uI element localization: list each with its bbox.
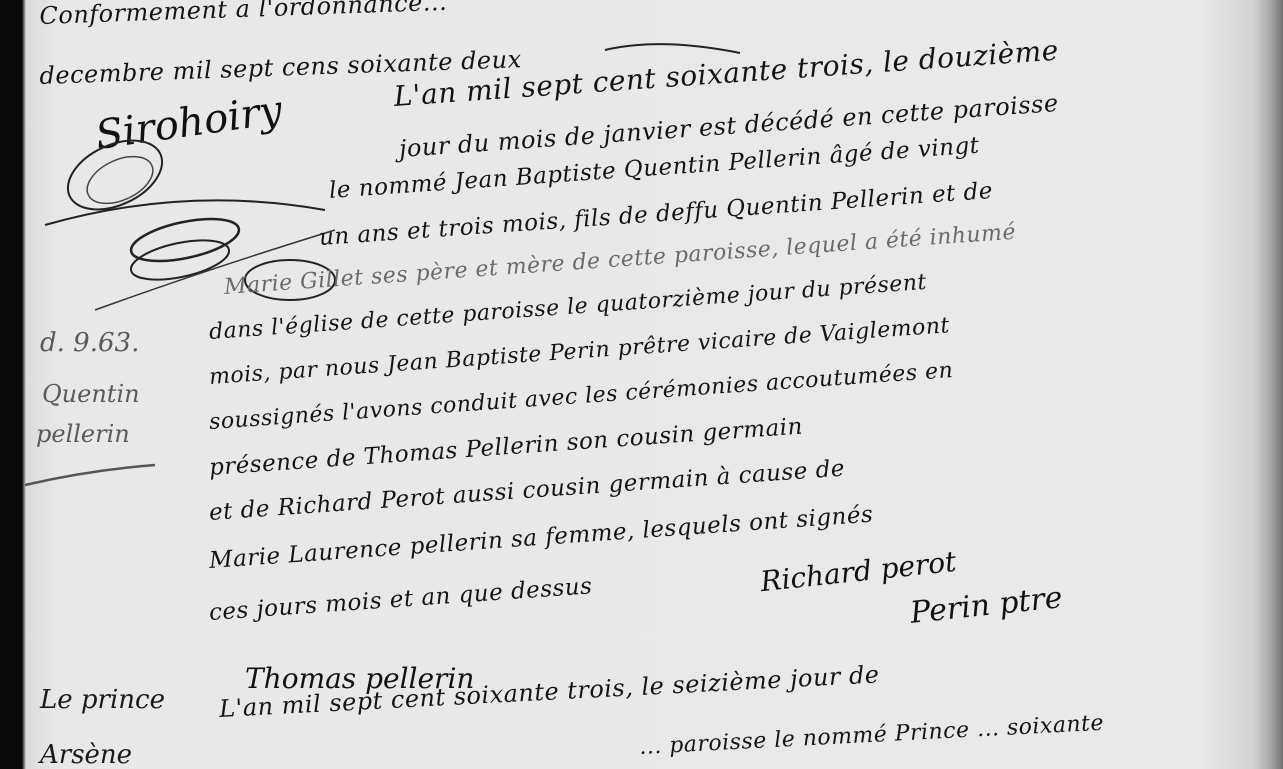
entry2-margin-name-first: Le prince [40, 685, 165, 715]
entry2-line-2: ... paroisse le nommé Prince ... soixant… [639, 711, 1105, 760]
register-page: Conformement a l'ordonnance... decembre … [0, 0, 1283, 769]
signature-richard-perot: Richard perot [759, 545, 958, 598]
margin-name-note-first: Quentin [42, 380, 140, 408]
margin-separator-stroke [20, 460, 160, 490]
margin-date-note: d. 9.63. [40, 328, 139, 358]
page-binding-edge [1253, 0, 1283, 769]
signature-perin-pretre: Perin ptre [909, 580, 1065, 631]
top-fragment-line-1: Conformement a l'ordonnance... [39, 0, 448, 30]
entry1-line-12: ces jours mois et an que dessus [208, 573, 593, 626]
margin-name-note-surname: pellerin [36, 420, 130, 448]
entry2-margin-name-second: Arsène [40, 740, 132, 769]
